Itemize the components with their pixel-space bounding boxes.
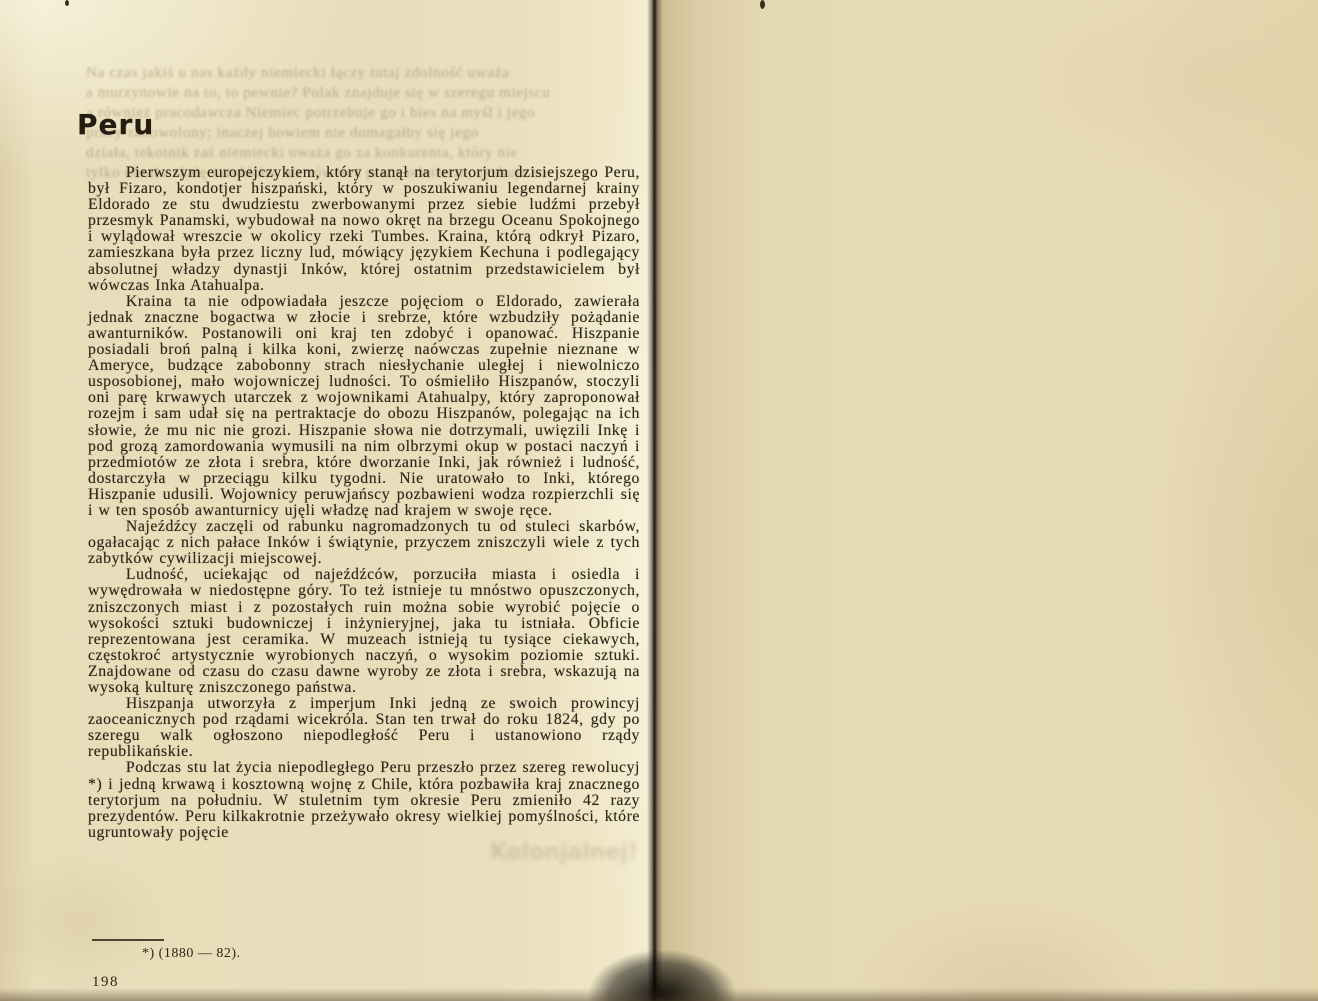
scan-speck (760, 0, 765, 9)
ghost-line: Na czas jakiś u nas każdy niemiecki łącz… (86, 63, 640, 83)
book-gutter (647, 0, 663, 1001)
ghost-line: a murzynowie na to, to pewnie? Polak zna… (86, 83, 640, 103)
footnote: *) (1880 — 82). (142, 946, 241, 962)
paragraph: Pierwszym europejczykiem, który stanął n… (88, 165, 640, 294)
paragraph: Najeźdźcy zaczęli od rabunku nagromadzon… (88, 519, 640, 567)
bleedthrough-bold-fragment: Kolonjalnej! (90, 840, 638, 865)
scan-speck (65, 0, 69, 6)
paragraph: Hiszpanja utworzyła z imperjum Inki jedn… (88, 696, 640, 760)
paragraph: Kraina ta nie odpowiadała jeszcze pojęci… (88, 294, 640, 519)
footnote-divider (92, 939, 164, 941)
bottom-edge-shadow (0, 988, 1318, 1001)
paragraph: Podczas stu lat życia niepodległego Peru… (88, 760, 640, 840)
book-scan: Na czas jakiś u nas każdy niemiecki łącz… (0, 0, 1318, 1001)
chapter-title: Peru (77, 108, 154, 141)
left-page-text: Pierwszym europejczykiem, który stanął n… (88, 165, 640, 841)
ghost-line: działa, tekotnik zaś niemiecki uważa go … (86, 143, 640, 163)
left-page: Na czas jakiś u nas każdy niemiecki łącz… (0, 0, 655, 1001)
paragraph: Ludność, uciekając od najeźdźców, porzuc… (88, 567, 640, 696)
ghost-line: pracy zadowolony; inaczej bowiem nie dom… (86, 123, 640, 143)
ghost-line: a również pracodawcza Niemiec potrzebuje… (86, 103, 640, 123)
right-page: nowicie plantacje trzciny cukrowej i baw… (659, 0, 1318, 1001)
